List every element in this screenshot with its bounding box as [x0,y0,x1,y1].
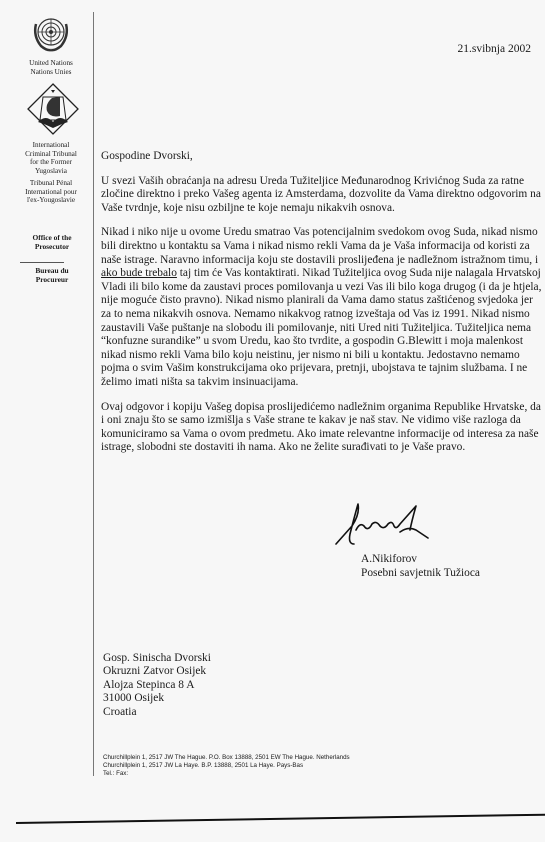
tribunal-name-en: International Criminal Tribunal for the … [6,141,96,175]
footer-address: Churchillplein 1, 2517 JW The Hague. P.O… [103,754,350,777]
paragraph-3: Ovaj odgovor i kopiju Vašeg dopisa prosl… [101,401,543,455]
office-name-en: Office of the Prosecutor [16,233,88,251]
letter-date: 21.svibnja 2002 [458,43,531,55]
addressee-block: Gosp. Sinischa Dvorski Okruzni Zatvor Os… [103,652,211,719]
paragraph-2: Nikad i niko nije u ovome Uredu smatrao … [101,226,543,389]
office-divider [20,262,64,263]
margin-divider [93,12,94,776]
salutation: Gospodine Dvorski, [101,150,543,164]
signer-block: A.Nikiforov Posebni savjetnik Tužioca [361,553,480,580]
handwritten-signature [330,500,440,550]
icty-emblem-icon [26,82,80,136]
office-name-fr: Bureau du Procureur [16,266,88,284]
letter-body: Gospodine Dvorski, U svezi Vaših obraćan… [101,150,543,466]
bottom-rule [16,814,545,824]
signer-name: A.Nikiforov [361,553,480,567]
paragraph-1: U svezi Vaših obraćanja na adresu Ureda … [101,175,543,216]
organization-name: United Nations Nations Unies [10,59,92,76]
signer-title: Posebni savjetnik Tužioca [361,567,480,581]
underlined-phrase: ako bude trebalo [101,267,177,279]
un-emblem-icon [31,14,71,54]
tribunal-name-fr: Tribunal Pénal International pour l'ex-Y… [6,179,96,205]
